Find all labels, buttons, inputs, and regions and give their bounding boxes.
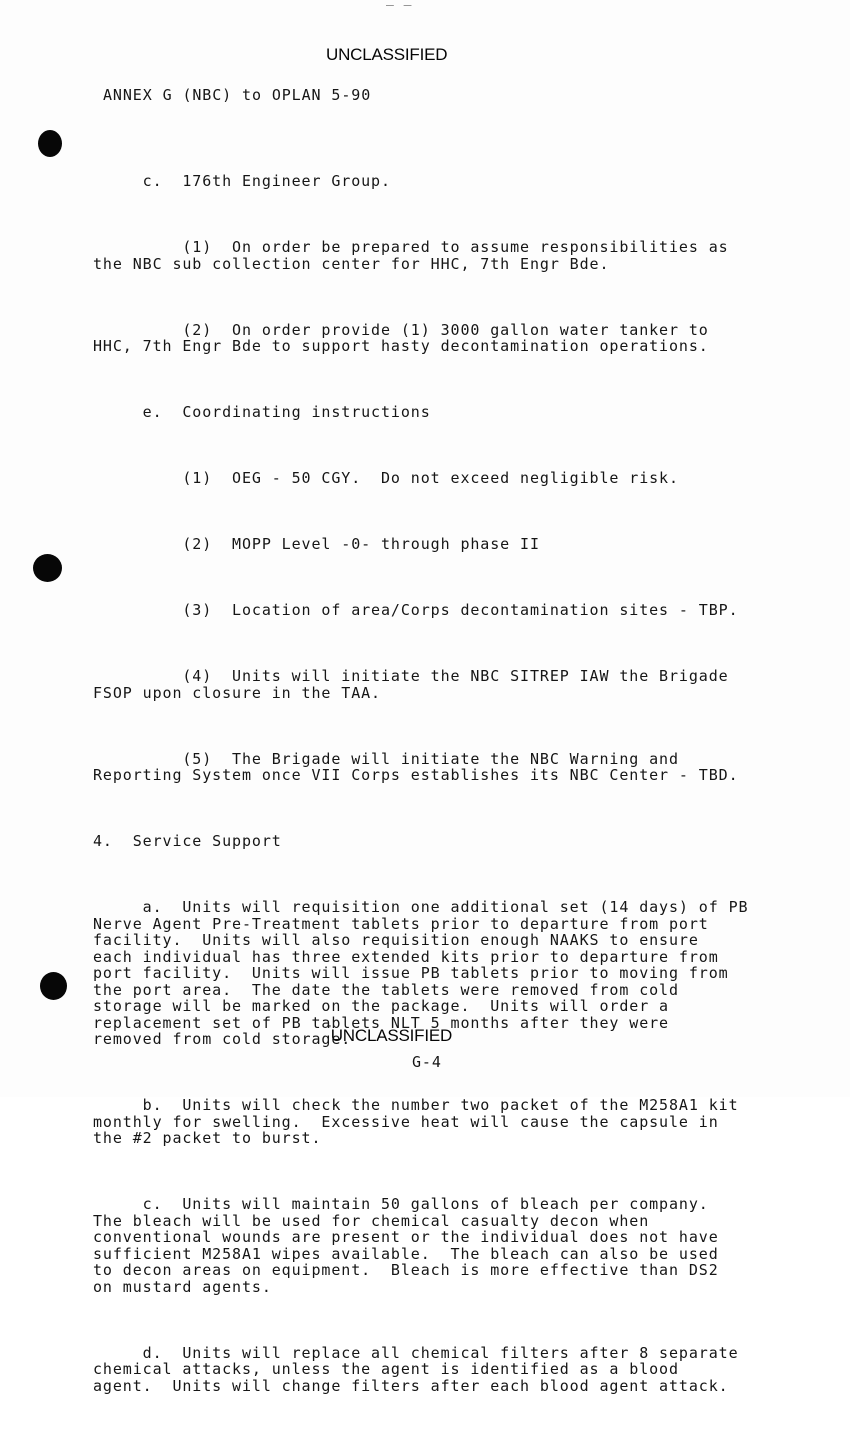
- para-e2-mopp-level: (2) MOPP Level -0- through phase II: [93, 536, 748, 553]
- annex-title: ANNEX G (NBC) to OPLAN 5-90: [103, 87, 371, 104]
- scan-artifact-tick: ': [329, 1024, 331, 1035]
- para-e3-decon-sites: (3) Location of area/Corps decontaminati…: [93, 602, 748, 619]
- classification-footer-text: UNCLASSIFIED: [331, 1026, 452, 1045]
- scanned-document-page: – – UNCLASSIFIED ANNEX G (NBC) to OPLAN …: [0, 0, 850, 1097]
- para-e4-nbc-sitrep: (4) Units will initiate the NBC SITREP I…: [93, 668, 748, 701]
- para-4-service-support: 4. Service Support: [93, 833, 748, 850]
- para-e1-oeg: (1) OEG - 50 CGY. Do not exceed negligib…: [93, 470, 748, 487]
- hole-punch-middle: [33, 554, 62, 582]
- para-e-coordinating-instructions: e. Coordinating instructions: [93, 404, 748, 421]
- para-c-176th-engineer-group: c. 176th Engineer Group.: [93, 173, 748, 190]
- document-body: c. 176th Engineer Group. (1) On order be…: [93, 140, 748, 1097]
- hole-punch-bottom: [40, 972, 67, 1000]
- hole-punch-top: [38, 130, 62, 157]
- classification-footer: 'UNCLASSIFIED: [329, 1026, 452, 1046]
- para-e5-warning-reporting: (5) The Brigade will initiate the NBC Wa…: [93, 751, 748, 784]
- para-c1-nbc-sub-collection: (1) On order be prepared to assume respo…: [93, 239, 748, 272]
- classification-header: UNCLASSIFIED: [326, 45, 447, 65]
- scan-artifact-dashes: – –: [386, 0, 412, 13]
- page-number: G-4: [412, 1054, 442, 1071]
- para-c2-water-tanker: (2) On order provide (1) 3000 gallon wat…: [93, 322, 748, 355]
